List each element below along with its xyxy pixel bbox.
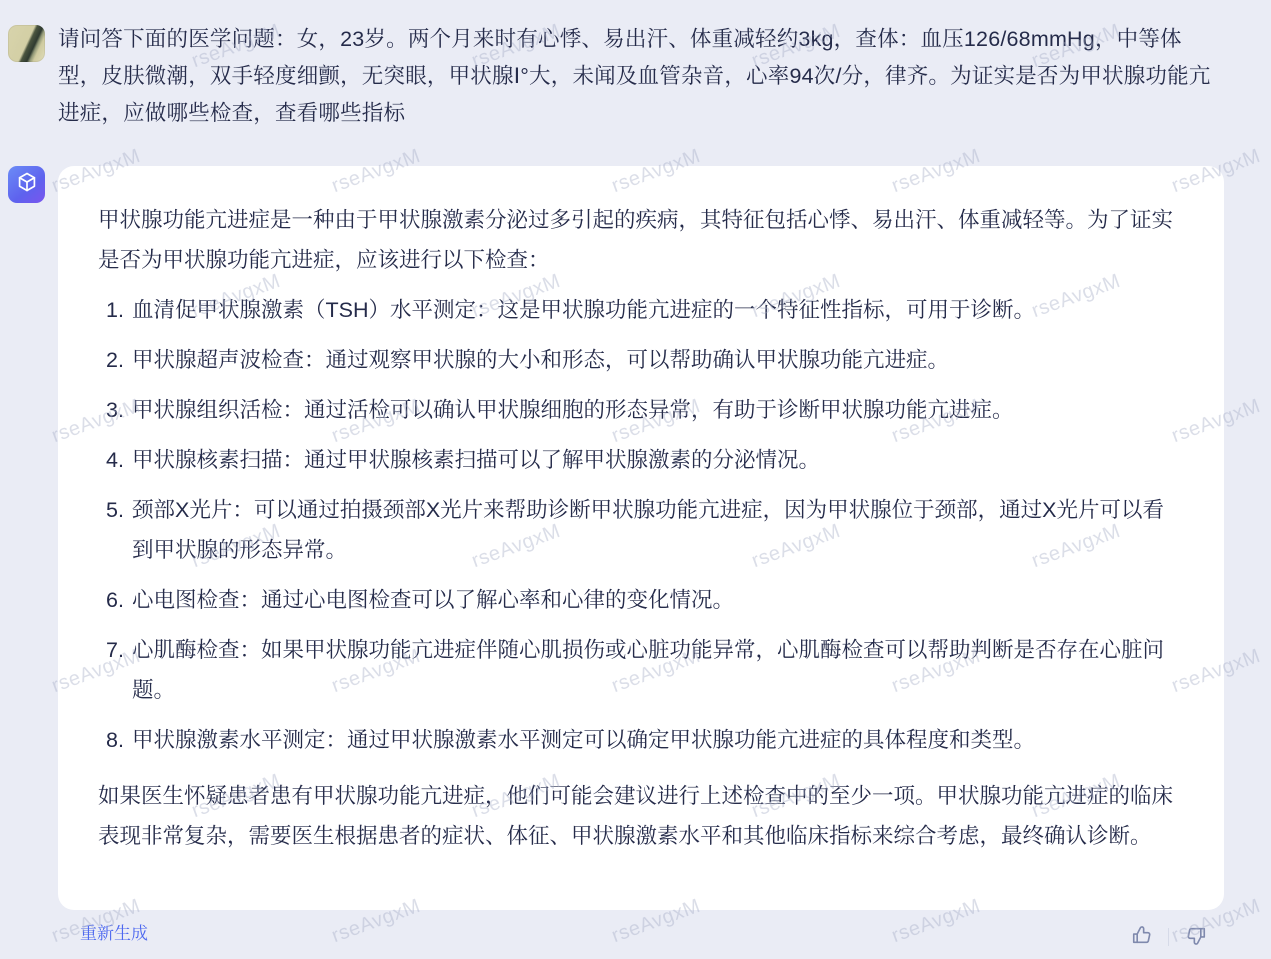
- list-item-text: 甲状腺激素水平测定：通过甲状腺激素水平测定可以确定甲状腺功能亢进症的具体程度和类…: [132, 720, 1182, 760]
- thumbs-down-button[interactable]: [1183, 924, 1209, 950]
- watermark-text: rseAvgxM: [0, 770, 4, 823]
- list-item: 4. 甲状腺核素扫描：通过甲状腺核素扫描可以了解甲状腺激素的分泌情况。: [98, 440, 1182, 480]
- list-item: 8. 甲状腺激素水平测定：通过甲状腺激素水平测定可以确定甲状腺功能亢进症的具体程…: [98, 720, 1182, 760]
- list-item-number: 5.: [106, 490, 132, 570]
- assistant-intro-paragraph: 甲状腺功能亢进症是一种由于甲状腺激素分泌过多引起的疾病，其特征包括心悸、易出汗、…: [98, 200, 1182, 280]
- list-item-number: 6.: [106, 580, 132, 620]
- assistant-avatar: [8, 166, 45, 203]
- user-avatar: [8, 25, 45, 62]
- footer-divider: [1168, 928, 1169, 946]
- list-item-text: 甲状腺核素扫描：通过甲状腺核素扫描可以了解甲状腺激素的分泌情况。: [132, 440, 1182, 480]
- user-message-text: 请问答下面的医学问题：女，23岁。两个月来时有心悸、易出汗、体重减轻约3kg，查…: [58, 21, 1224, 132]
- feedback-bar: [1128, 924, 1209, 950]
- assistant-checklist: 1. 血清促甲状腺激素（TSH）水平测定：这是甲状腺功能亢进症的一个特征性指标，…: [98, 290, 1182, 760]
- thumbs-up-button[interactable]: [1128, 924, 1154, 950]
- list-item-text: 甲状腺组织活检：通过活检可以确认甲状腺细胞的形态异常，有助于诊断甲状腺功能亢进症…: [132, 390, 1182, 430]
- user-message-row: 请问答下面的医学问题：女，23岁。两个月来时有心悸、易出汗、体重减轻约3kg，查…: [8, 25, 1224, 132]
- watermark-text: rseAvgxM: [0, 20, 4, 73]
- list-item-number: 3.: [106, 390, 132, 430]
- list-item: 5. 颈部X光片：可以通过拍摄颈部X光片来帮助诊断甲状腺功能亢进症，因为甲状腺位…: [98, 490, 1182, 570]
- list-item: 3. 甲状腺组织活检：通过活检可以确认甲状腺细胞的形态异常，有助于诊断甲状腺功能…: [98, 390, 1182, 430]
- list-item: 2. 甲状腺超声波检查：通过观察甲状腺的大小和形态，可以帮助确认甲状腺功能亢进症…: [98, 340, 1182, 380]
- list-item-text: 颈部X光片：可以通过拍摄颈部X光片来帮助诊断甲状腺功能亢进症，因为甲状腺位于颈部…: [132, 490, 1182, 570]
- assistant-logo-icon: [15, 170, 39, 199]
- list-item: 6. 心电图检查：通过心电图检查可以了解心率和心律的变化情况。: [98, 580, 1182, 620]
- chat-page: 请问答下面的医学问题：女，23岁。两个月来时有心悸、易出汗、体重减轻约3kg，查…: [0, 0, 1271, 959]
- list-item-number: 2.: [106, 340, 132, 380]
- regenerate-button[interactable]: 重新生成: [80, 922, 148, 946]
- list-item: 7. 心肌酶检查：如果甲状腺功能亢进症伴随心肌损伤或心脏功能异常，心肌酶检查可以…: [98, 630, 1182, 710]
- thumbs-down-icon: [1185, 924, 1208, 950]
- list-item-text: 甲状腺超声波检查：通过观察甲状腺的大小和形态，可以帮助确认甲状腺功能亢进症。: [132, 340, 1182, 380]
- assistant-outro-paragraph: 如果医生怀疑患者患有甲状腺功能亢进症，他们可能会建议进行上述检查中的至少一项。甲…: [98, 776, 1182, 856]
- list-item-text: 心肌酶检查：如果甲状腺功能亢进症伴随心肌损伤或心脏功能异常，心肌酶检查可以帮助判…: [132, 630, 1182, 710]
- assistant-message-card: 甲状腺功能亢进症是一种由于甲状腺激素分泌过多引起的疾病，其特征包括心悸、易出汗、…: [58, 166, 1224, 910]
- list-item-number: 8.: [106, 720, 132, 760]
- list-item-number: 4.: [106, 440, 132, 480]
- thumbs-up-icon: [1130, 924, 1153, 950]
- list-item-number: 7.: [106, 630, 132, 710]
- watermark-text: rseAvgxM: [0, 270, 4, 323]
- list-item-text: 血清促甲状腺激素（TSH）水平测定：这是甲状腺功能亢进症的一个特征性指标，可用于…: [132, 290, 1182, 330]
- list-item-text: 心电图检查：通过心电图检查可以了解心率和心律的变化情况。: [132, 580, 1182, 620]
- list-item-number: 1.: [106, 290, 132, 330]
- watermark-text: rseAvgxM: [0, 520, 4, 573]
- list-item: 1. 血清促甲状腺激素（TSH）水平测定：这是甲状腺功能亢进症的一个特征性指标，…: [98, 290, 1182, 330]
